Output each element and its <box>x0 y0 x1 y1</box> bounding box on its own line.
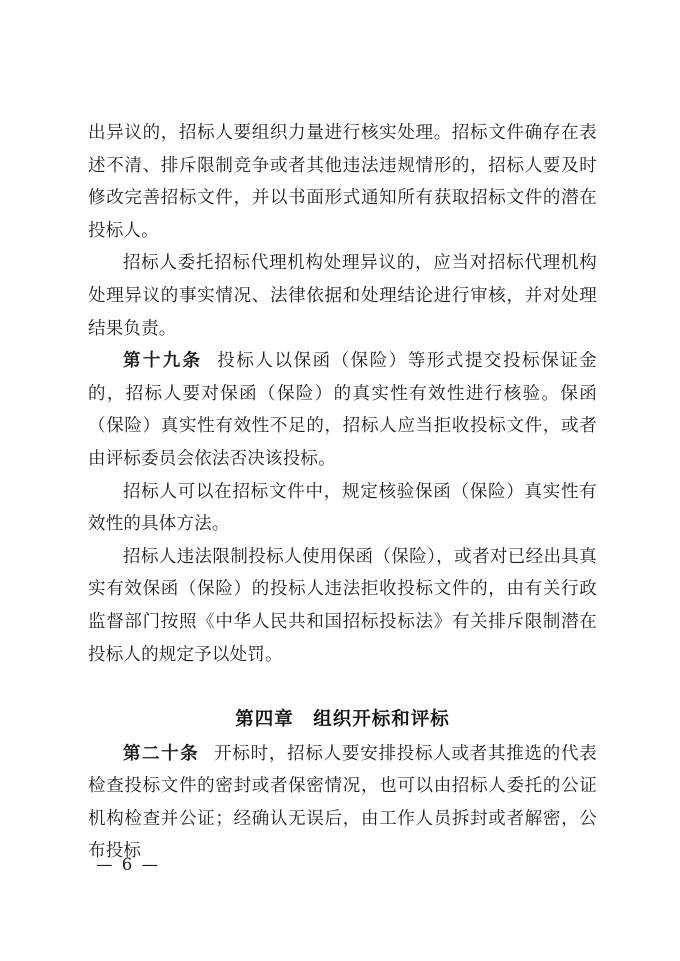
chapter-heading: 第四章 组织开标和评标 <box>88 704 597 737</box>
document-page: 出异议的，招标人要组织力量进行核实处理。招标文件确存在表述不清、排斥限制竞争或者… <box>0 0 680 961</box>
document-body: 出异议的，招标人要组织力量进行核实处理。招标文件确存在表述不清、排斥限制竞争或者… <box>88 117 597 868</box>
paragraph-text: 招标人委托招标代理机构处理异议的，应当对招标代理机构处理异议的事实情况、法律依据… <box>88 253 597 338</box>
paragraph: 招标人违法限制投标人使用保函（保险），或者对已经出具真实有效保函（保险）的投标人… <box>88 541 597 671</box>
article-number-label: 第十九条 <box>123 351 202 371</box>
article-number-label: 第二十条 <box>123 744 199 764</box>
paragraph-article-20: 第二十条开标时，招标人要安排投标人或者其推选的代表检查投标文件的密封或者保密情况… <box>88 738 597 868</box>
page-number: — 6 — <box>96 853 160 877</box>
paragraph: 招标人委托招标代理机构处理异议的，应当对招标代理机构处理异议的事实情况、法律依据… <box>88 247 597 345</box>
paragraph: 招标人可以在招标文件中，规定核验保函（保险）真实性有效性的具体方法。 <box>88 476 597 541</box>
paragraph-text: 招标人违法限制投标人使用保函（保险），或者对已经出具真实有效保函（保险）的投标人… <box>88 547 597 665</box>
paragraph: 出异议的，招标人要组织力量进行核实处理。招标文件确存在表述不清、排斥限制竞争或者… <box>88 117 597 247</box>
paragraph-text: 出异议的，招标人要组织力量进行核实处理。招标文件确存在表述不清、排斥限制竞争或者… <box>88 123 597 241</box>
paragraph-article-19: 第十九条投标人以保函（保险）等形式提交投标保证金的，招标人要对保函（保险）的真实… <box>88 345 597 475</box>
paragraph-text: 招标人可以在招标文件中，规定核验保函（保险）真实性有效性的具体方法。 <box>88 482 597 535</box>
